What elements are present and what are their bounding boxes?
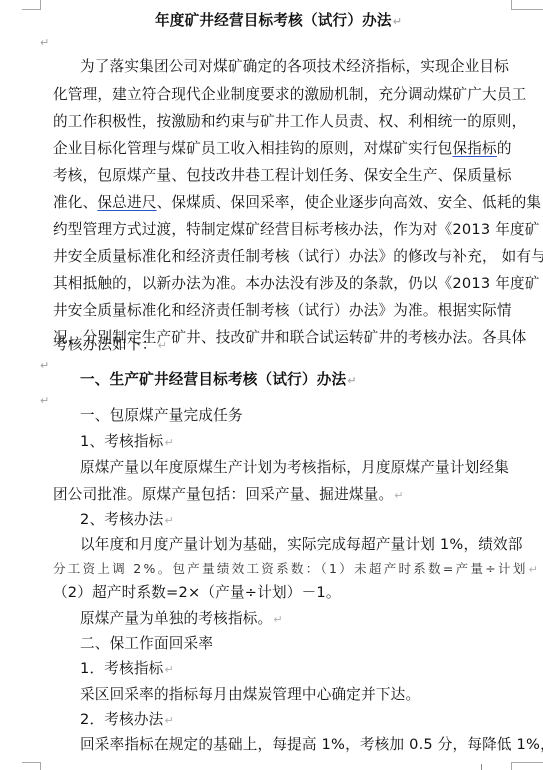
intro-text: 准化、 <box>53 194 97 211</box>
body-line: 分工资上调 2%。包产量绩效工资系数：（1）未超产时系数=产量÷计划↵ <box>53 560 540 579</box>
crop-mark-bottom-right <box>511 762 543 770</box>
intro-line: 考核办法如下：↵ <box>53 336 167 355</box>
paragraph-mark-icon: ↵ <box>40 395 49 407</box>
body-line: 团公司批准。原煤产量包括：回采产量、掘进煤量。↵ <box>53 486 404 505</box>
paragraph-mark-icon: ↵ <box>164 514 173 527</box>
document-title-text: 年度矿井经营目标考核（试行）办法 <box>155 12 392 29</box>
intro-line: 井安全质量标准化和经济责任制考核（试行）办法》为准。根据实际情 <box>53 302 512 320</box>
intro-line: 其相抵触的，以新办法为准。本办法没有涉及的条款，仍以《2013 年度矿 <box>53 275 540 293</box>
paragraph-mark-icon: ↵ <box>273 613 282 626</box>
intro-text: 的 <box>497 140 512 157</box>
paragraph-mark-icon: ↵ <box>393 15 402 28</box>
section-heading: 一、生产矿井经营目标考核（试行）办法↵ <box>80 371 357 390</box>
body-line: 采区回采率的指标每月由煤炭管理中心确定并下达。 <box>80 686 420 704</box>
item-label-text: 1．考核指标 <box>80 660 163 677</box>
subsection-heading: 一、包原煤产量完成任务 <box>80 407 243 425</box>
spellcheck-underlined-text[interactable]: 保指标 <box>452 140 496 157</box>
paragraph-mark-icon: ↵ <box>158 339 167 352</box>
intro-line: 约型管理方式过渡，特制定煤矿经营目标考核办法，作为对《2013 年度矿 <box>53 221 540 239</box>
paragraph-mark-icon: ↵ <box>164 714 173 727</box>
body-line: 以年度和月度产量计划为基础，实际完成每超产量计划 1%，绩效部 <box>80 536 523 554</box>
item-label: 2．考核办法↵ <box>80 711 174 730</box>
body-line: 原煤产量为单独的考核指标。↵ <box>80 610 283 629</box>
document-title: 年度矿井经营目标考核（试行）办法↵ <box>155 12 402 31</box>
paragraph-mark-icon: ↵ <box>529 563 541 576</box>
body-text: 回采率指标在规定的基础上，每提高 1%，考核加 0.5 分，每降低 1%， <box>80 736 543 753</box>
item-label: 1．考核指标↵ <box>80 660 174 679</box>
body-text: 团公司批准。原煤产量包括：回采产量、掘进煤量。 <box>53 486 393 503</box>
intro-line: 井安全质量标准化和经济责任制考核（试行）办法》的修改与补充， 如有与 <box>53 248 543 266</box>
section-heading-text: 一、生产矿井经营目标考核（试行）办法 <box>80 371 346 388</box>
page-tick-mark <box>481 764 482 770</box>
item-label-text: 2、考核办法 <box>80 511 163 528</box>
body-line: 回采率指标在规定的基础上，每提高 1%，考核加 0.5 分，每降低 1%，↵ <box>80 736 543 755</box>
body-line: （2）超产时系数=2×（产量÷计划）－1。 <box>53 584 341 602</box>
paragraph-mark-icon: ↵ <box>394 489 403 502</box>
intro-line: 的工作积极性，按激励和约束与矿井工作人员责、权、利相统一的原则， <box>53 113 526 131</box>
crop-mark-bottom-left <box>22 762 41 770</box>
item-label-text: 1、考核指标 <box>80 433 163 450</box>
intro-line: 考核，包原煤产量、包技改井巷工程计划任务、保安全生产、保质量标 <box>53 167 512 185</box>
body-text: 分工资上调 2%。包产量绩效工资系数：（1）未超产时系数=产量÷计划 <box>53 561 528 576</box>
intro-text: 考核办法如下： <box>53 336 157 353</box>
subsection-heading: 二、保工作面回采率 <box>80 635 213 653</box>
item-label-text: 2．考核办法 <box>80 711 163 728</box>
item-label: 1、考核指标↵ <box>80 433 174 452</box>
paragraph-mark-icon: ↵ <box>40 37 49 49</box>
paragraph-mark-icon: ↵ <box>347 374 356 387</box>
intro-line: 准化、保总进尺、保煤质、保回采率，使企业逐步向高效、安全、低耗的集 <box>53 194 541 212</box>
paragraph-mark-icon: ↵ <box>40 360 49 372</box>
intro-line: 化管理，建立符合现代企业制度要求的激励机制，充分调动煤矿广大员工 <box>53 86 526 104</box>
body-text: 原煤产量为单独的考核指标。 <box>80 610 272 627</box>
crop-mark-top-left <box>22 0 41 10</box>
paragraph-mark-icon: ↵ <box>164 436 173 449</box>
intro-line: 为了落实集团公司对煤矿确定的各项技术经济指标，实现企业目标 <box>80 58 509 76</box>
intro-text: 企业目标化管理与煤矿员工收入相挂钩的原则，对煤矿实行包 <box>53 140 452 157</box>
spellcheck-underlined-text[interactable]: 保总进尺 <box>97 194 156 211</box>
item-label: 2、考核办法↵ <box>80 511 174 530</box>
intro-line: 企业目标化管理与煤矿员工收入相挂钩的原则，对煤矿实行包保指标的 <box>53 140 512 158</box>
crop-mark-top-right <box>511 0 543 10</box>
body-line: 原煤产量以年度原煤生产计划为考核指标，月度原煤产量计划经集 <box>80 459 509 477</box>
intro-text: 、保煤质、保回采率，使企业逐步向高效、安全、低耗的集 <box>157 194 542 211</box>
paragraph-mark-icon: ↵ <box>164 663 173 676</box>
